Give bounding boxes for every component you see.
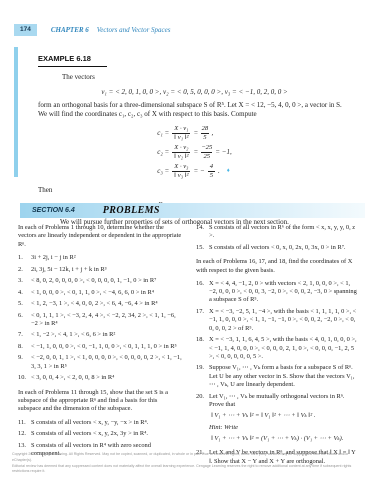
problem-item-2: 2. 2i, 3j, 5i − 12k, i + j + k in R³	[18, 266, 182, 274]
problem-20-formula-2: ‖ V₁ + ⋯ + Vₖ ‖² = (V₁ + ⋯ + Vₖ) · (V₁ +…	[211, 435, 360, 443]
problem-number: 4.	[18, 289, 31, 297]
eq-c3-numerator: X · v₃	[174, 163, 188, 171]
eq-c1-result-numerator: 28	[202, 125, 209, 133]
problem-item-19: 19. Suppose V₁, ⋯ , Vₖ form a basis for …	[196, 364, 360, 389]
eq-c1-tail: ,	[212, 129, 214, 137]
eq-c3-tail: .	[218, 167, 220, 175]
problem-number: 10.	[18, 374, 31, 382]
problem-text: S consists of all vectors in R⁶ of the f…	[209, 224, 360, 241]
problem-item-8: 8. < −1, 1, 0, 0, 0 >, < 0, −1, 1, 0, 0 …	[18, 343, 182, 351]
problem-number: 17.	[196, 308, 209, 333]
example-margin-rule	[14, 47, 18, 177]
copyright-footer: Copyright 2010 Cengage Learning. All Rig…	[12, 452, 361, 475]
example-body-text: form an orthogonal basis for a three-dim…	[38, 101, 351, 121]
problem-20-lead: Let V₁, ⋯ , Vₖ be mutually orthogonal ve…	[209, 393, 344, 408]
eq-c3-result-denominator: 5	[208, 171, 215, 180]
coordinate-equations-inner: c₁ = X · v₁ ‖ v₁ ‖² = 28 5 , c₂ = X ·	[157, 125, 231, 179]
problem-item-10: 10. < 3, 0, 0, 4 >, < 2, 0, 0, 8 > in R⁴	[18, 374, 182, 382]
problem-number: 20.	[196, 393, 209, 447]
equation-c1: c₁ = X · v₁ ‖ v₁ ‖² = 28 5 ,	[157, 125, 213, 141]
page-number: 174	[14, 24, 37, 36]
problem-text: X = < 4, 4, −1, 2, 0 > with vectors < 2,…	[209, 280, 360, 305]
problem-text: < −1, 1, 0, 0, 0 >, < 0, −1, 1, 0, 0 >, …	[31, 343, 182, 351]
problem-number: 2.	[18, 266, 31, 274]
chapter-title: Vectors and Vector Spaces	[97, 26, 171, 34]
problem-item-9: 9. < −2, 0, 0, 1, 1 >, < 1, 0, 0, 0, 0 >…	[18, 354, 182, 371]
problem-text: X = < −3, 1, 1, 6, 4, 5 >, with the basi…	[209, 336, 360, 361]
problem-20-formula-1: ‖ V₁ + ⋯ + Vₖ ‖² = ‖ V₁ ‖² + ⋯ + ‖ Vₖ ‖²…	[211, 412, 360, 420]
eq-c3-lhs: c₃ =	[157, 167, 169, 175]
problem-number: 1.	[18, 254, 31, 262]
problems-left-column: In each of Problems 1 through 10, determ…	[18, 224, 182, 460]
eq-c2-lhs: c₂ =	[157, 148, 169, 156]
problem-number: 16.	[196, 280, 209, 305]
end-of-list-diamond-icon: ♦	[227, 168, 230, 174]
problem-item-15: 15. S consists of all vectors < 0, x, 0,…	[196, 244, 360, 252]
eq-c3-result-numerator: 4	[210, 163, 213, 171]
eq-c1-fraction: X · v₁ ‖ v₁ ‖²	[172, 125, 190, 141]
problem-item-6: 6. < 0, 1, 1, 1 >, < −3, 2, 4, 4 >, < −2…	[18, 312, 182, 329]
problem-number: 7.	[18, 331, 31, 339]
problem-text: < 1, 2, −3, 1 >, < 4, 0, 0, 2 >, < 6, 4,…	[31, 300, 182, 308]
problems-right-column: 14. S consists of all vectors in R⁶ of t…	[196, 224, 360, 460]
problem-text: Suppose V₁, ⋯ , Vₖ form a basis for a su…	[209, 364, 360, 389]
problem-number: 14.	[196, 224, 209, 241]
vectors-display-formula: v₁ = < 2, 0, 1, 0, 0 >, v₂ = < 0, 5, 0, …	[38, 88, 351, 96]
problem-text: S consists of all vectors < 0, x, 0, 2x,…	[209, 244, 360, 252]
eq-c2-fraction: X · v₂ ‖ v₂ ‖²	[172, 144, 190, 160]
problems-intro-16-18: In each of Problems 16, 17, and 18, find…	[196, 258, 360, 275]
problem-item-1: 1. 3i + 2j, i − j in R²	[18, 254, 182, 262]
eq-c1-equals: =	[193, 129, 198, 137]
problem-text: S consists of all vectors < x, y, 2x, 3y…	[31, 430, 182, 438]
problems-columns: In each of Problems 1 through 10, determ…	[18, 224, 360, 460]
eq-c3-equals: = −	[193, 167, 204, 175]
textbook-page: 174 CHAPTER 6 Vectors and Vector Spaces …	[0, 0, 373, 480]
eq-c3-fraction: X · v₃ ‖ v₃ ‖²	[172, 163, 190, 179]
section-title: PROBLEMS	[103, 205, 160, 216]
problem-text: < 3, 0, 0, 4 >, < 2, 0, 0, 8 > in R⁴	[31, 374, 182, 382]
problem-item-14: 14. S consists of all vectors in R⁶ of t…	[196, 224, 360, 241]
coordinate-equations: c₁ = X · v₁ ‖ v₁ ‖² = 28 5 , c₂ = X ·	[38, 125, 351, 179]
copyright-line-1: Copyright 2010 Cengage Learning. All Rig…	[12, 452, 361, 464]
eq-c2-result-denominator: 25	[201, 152, 212, 161]
problem-20-hint: Hint: Write	[209, 424, 360, 432]
page-header: 174 CHAPTER 6 Vectors and Vector Spaces	[14, 24, 359, 36]
problem-item-17: 17. X = < −3, −2, 5, 1, −4 >, with the b…	[196, 308, 360, 333]
problem-item-7: 7. < 1, −2 >, < 4, 1 >, < 6, 6 > in R²	[18, 331, 182, 339]
problem-number: 18.	[196, 336, 209, 361]
problem-text-multipart: Let V₁, ⋯ , Vₖ be mutually orthogonal ve…	[209, 393, 360, 447]
problem-text: < −2, 0, 0, 1, 1 >, < 1, 0, 0, 0, 0 >, <…	[31, 354, 182, 371]
problem-item-16: 16. X = < 4, 4, −1, 2, 0 > with vectors …	[196, 280, 360, 305]
problem-item-4: 4. < 1, 0, 0, 0 >, < 0, 1, 1, 0 >, < −4,…	[18, 289, 182, 297]
problem-text: X = < −3, −2, 5, 1, −4 >, with the basis…	[209, 308, 360, 333]
problems-intro-11-15: In each of Problems 11 through 15, show …	[18, 389, 182, 414]
problem-item-12: 12. S consists of all vectors < x, y, 2x…	[18, 430, 182, 438]
problem-item-20: 20. Let V₁, ⋯ , Vₖ be mutually orthogona…	[196, 393, 360, 447]
problem-text: < 1, 0, 0, 0 >, < 0, 1, 1, 0 >, < −4, 6,…	[31, 289, 182, 297]
problem-text: 3i + 2j, i − j in R²	[31, 254, 182, 262]
problem-item-3: 3. < 8, 0, 2, 0, 0, 0, 0 >, < 0, 0, 0, 0…	[18, 277, 182, 285]
eq-c2-result-fraction: −25 25	[201, 144, 212, 160]
problems-intro-1-10: In each of Problems 1 through 10, determ…	[18, 224, 182, 249]
problem-number: 12.	[18, 430, 31, 438]
example-block: EXAMPLE 6.18 The vectors v₁ = < 2, 0, 1,…	[38, 48, 351, 226]
example-intro-text: The vectors	[62, 73, 351, 81]
problem-number: 3.	[18, 277, 31, 285]
then-label: Then	[38, 186, 351, 194]
copyright-line-2: Editorial review has deemed that any sup…	[12, 464, 361, 476]
problem-text: < 0, 1, 1, 1 >, < −3, 2, 4, 4 >, < −2, 2…	[31, 312, 182, 329]
problem-item-5: 5. < 1, 2, −3, 1 >, < 4, 0, 0, 2 >, < 6,…	[18, 300, 182, 308]
problem-number: 5.	[18, 300, 31, 308]
eq-c1-lhs: c₁ =	[157, 129, 169, 137]
eq-c2-equals: =	[193, 148, 198, 156]
eq-c3-denominator: ‖ v₃ ‖²	[172, 171, 190, 180]
problem-text: 2i, 3j, 5i − 12k, i + j + k in R³	[31, 266, 182, 274]
problem-number: 11.	[18, 419, 31, 427]
eq-c1-denominator: ‖ v₁ ‖²	[172, 133, 190, 142]
problem-number: 8.	[18, 343, 31, 351]
eq-c2-tail: = −1,	[215, 148, 231, 156]
problem-item-11: 11. S consists of all vectors < x, y, −y…	[18, 419, 182, 427]
eq-c1-result-denominator: 5	[201, 133, 208, 142]
eq-c2-denominator: ‖ v₂ ‖²	[172, 152, 190, 161]
eq-c2-numerator: X · v₂	[174, 144, 188, 152]
problem-number: 9.	[18, 354, 31, 371]
eq-c2-result-numerator: −25	[201, 144, 212, 152]
problem-text: < 1, −2 >, < 4, 1 >, < 6, 6 > in R²	[31, 331, 182, 339]
eq-c1-numerator: X · v₁	[174, 125, 188, 133]
equation-c2: c₂ = X · v₂ ‖ v₂ ‖² = −25 25 = −1,	[157, 144, 231, 160]
eq-c1-result-fraction: 28 5	[201, 125, 208, 141]
chapter-label: CHAPTER 6	[51, 26, 89, 34]
section-heading-band: SECTION 6.4 PROBLEMS	[20, 203, 365, 218]
problem-number: 19.	[196, 364, 209, 389]
problem-text: S consists of all vectors < x, y, −y, −x…	[31, 419, 182, 427]
problem-item-18: 18. X = < −3, 1, 1, 6, 4, 5 >, with the …	[196, 336, 360, 361]
problem-text: < 8, 0, 2, 0, 0, 0, 0 >, < 0, 0, 0, 0, 1…	[31, 277, 182, 285]
eq-c3-result-fraction: 4 5	[208, 163, 215, 179]
example-label: EXAMPLE 6.18	[38, 54, 107, 67]
equation-c3: c₃ = X · v₃ ‖ v₃ ‖² = − 4 5 . ♦	[157, 163, 230, 179]
problem-number: 15.	[196, 244, 209, 252]
section-number-label: SECTION 6.4	[32, 207, 75, 214]
problem-number: 6.	[18, 312, 31, 329]
